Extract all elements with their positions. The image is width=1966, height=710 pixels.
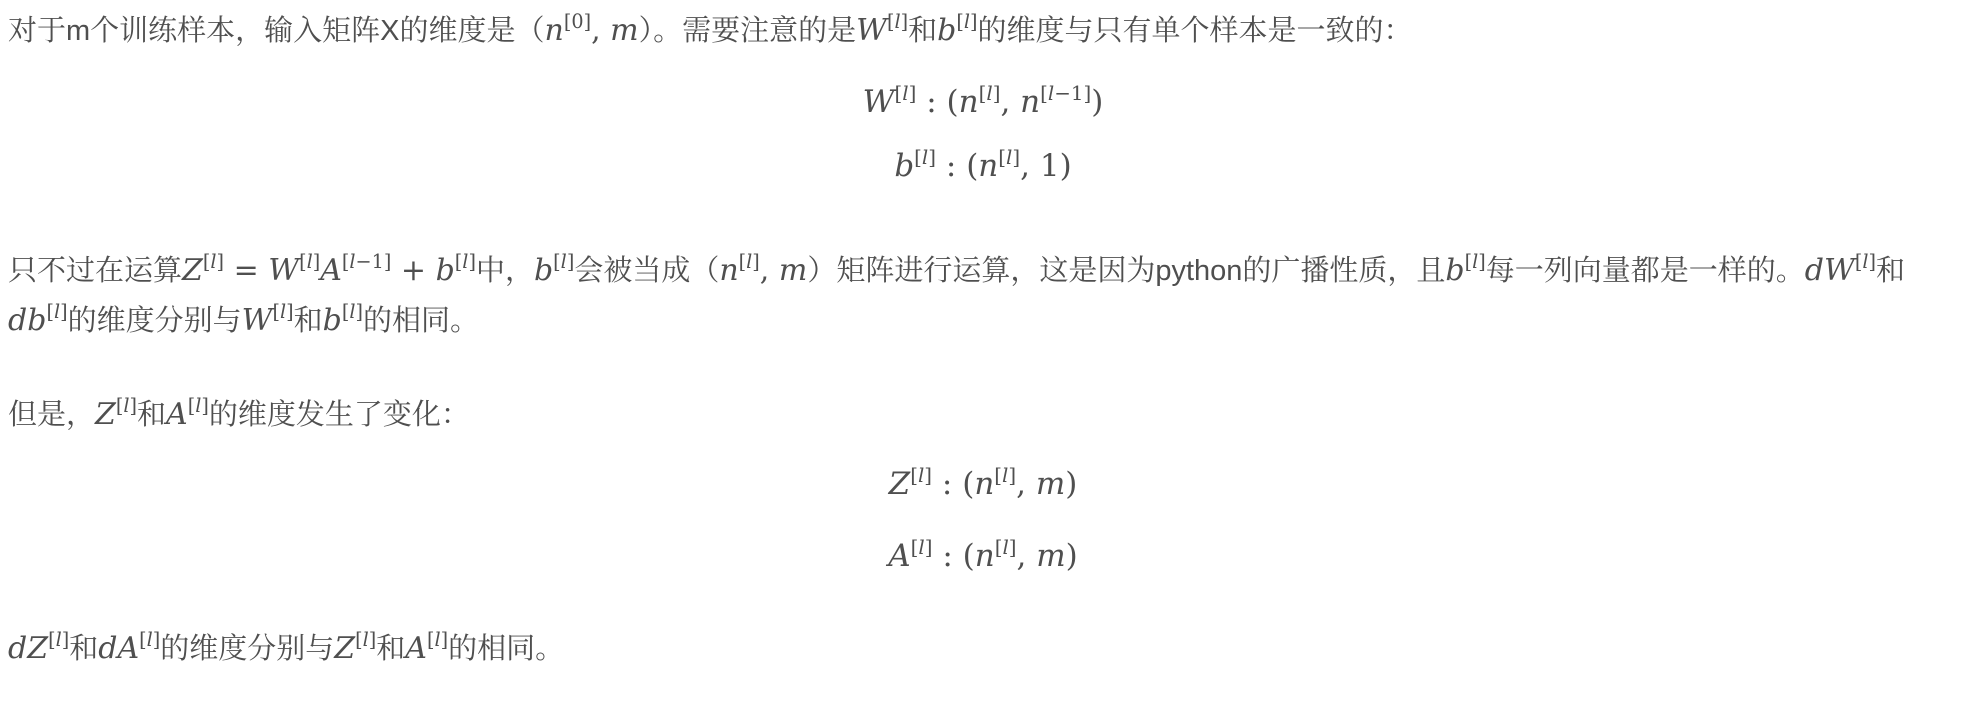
- math-run: A[l] : (n[l], m): [888, 538, 1078, 574]
- math-run: W[l]: [242, 303, 294, 338]
- text-run: ）。需要注意的是: [639, 15, 857, 47]
- text-run: 的维度分别与: [68, 305, 242, 337]
- display-formula-w: W[l] : (n[l], n[l−1]): [8, 74, 1958, 130]
- text-run: 和: [137, 399, 166, 431]
- text-run: ）矩阵进行运算，这是因为python的广播性质，且: [807, 255, 1445, 287]
- superscript: [l]: [956, 10, 977, 33]
- text-run: 每一列向量都是一样的。: [1486, 255, 1805, 287]
- text-run: 只不过在运算: [8, 255, 182, 287]
- math-run: n[l], m: [719, 253, 807, 288]
- superscript: [l]: [553, 250, 574, 273]
- paragraph-derivatives: dZ[l]和dA[l]的维度分别与Z[l]和A[l]的相同。: [8, 624, 1958, 674]
- text-run: 和: [908, 15, 937, 47]
- math-run: dA[l]: [98, 631, 160, 666]
- superscript: [l]: [455, 250, 476, 273]
- math-run: dW[l]: [1805, 253, 1876, 288]
- display-formula-z: Z[l] : (n[l], m): [8, 456, 1958, 512]
- superscript: [l]: [914, 146, 936, 169]
- text-run: 会被当成（: [574, 255, 719, 287]
- superscript: [l]: [116, 394, 137, 417]
- math-run: A[l]: [405, 631, 448, 666]
- superscript: [l]: [203, 250, 224, 273]
- text-run: 但是，: [8, 399, 95, 431]
- math-run: Z[l] : (n[l], m): [889, 466, 1078, 502]
- text-run: 和: [294, 305, 323, 337]
- superscript: [l]: [995, 536, 1017, 559]
- paragraph-broadcasting: 只不过在运算Z[l] = W[l]A[l−1] + b[l]中，b[l]会被当成…: [8, 246, 1958, 346]
- superscript: [l]: [739, 250, 760, 273]
- math-run: W[l]: [856, 13, 908, 48]
- paragraph-but-changed: 但是，Z[l]和A[l]的维度发生了变化：: [8, 390, 1958, 440]
- math-run: Z[l] = W[l]A[l−1] + b[l]: [182, 253, 476, 288]
- text-run: 的相同。: [448, 633, 564, 665]
- document-body: 对于m个训练样本，输入矩阵X的维度是（n[0], m）。需要注意的是W[l]和b…: [0, 0, 1966, 674]
- text-run: 和: [69, 633, 98, 665]
- superscript: [l]: [46, 300, 67, 323]
- paragraph-intro: 对于m个训练样本，输入矩阵X的维度是（n[0], m）。需要注意的是W[l]和b…: [8, 6, 1958, 56]
- text-run: 对于m个训练样本，输入矩阵X的维度是（: [8, 15, 545, 47]
- superscript: [l]: [895, 82, 917, 105]
- superscript: [l]: [910, 464, 932, 487]
- superscript: [l]: [48, 628, 69, 651]
- math-run: b[l] : (n[l], 1): [894, 148, 1071, 184]
- text-run: 的维度发生了变化：: [209, 399, 470, 431]
- superscript: [l]: [994, 464, 1016, 487]
- superscript: [l]: [979, 82, 1001, 105]
- math-run: dZ[l]: [8, 631, 69, 666]
- superscript: [l]: [911, 536, 933, 559]
- display-formula-a: A[l] : (n[l], m): [8, 528, 1958, 584]
- superscript: [l]: [998, 146, 1020, 169]
- superscript: [l]: [299, 250, 320, 273]
- text-run: 的维度分别与: [160, 633, 334, 665]
- superscript: [l]: [1855, 250, 1876, 273]
- math-run: b[l]: [1445, 253, 1485, 288]
- math-run: Z[l]: [95, 397, 137, 432]
- text-run: 的相同。: [363, 305, 479, 337]
- superscript: [l]: [1465, 250, 1486, 273]
- superscript: [l]: [355, 628, 376, 651]
- math-run: b[l]: [323, 303, 363, 338]
- superscript: [0]: [564, 10, 591, 33]
- superscript: [l]: [427, 628, 448, 651]
- text-run: 的维度与只有单个样本是一致的：: [977, 15, 1412, 47]
- superscript: [l]: [272, 300, 293, 323]
- text-run: 和: [376, 633, 405, 665]
- superscript: [l]: [139, 628, 160, 651]
- display-formula-b: b[l] : (n[l], 1): [8, 138, 1958, 194]
- superscript: [l]: [188, 394, 209, 417]
- superscript: [l−1]: [1040, 82, 1091, 105]
- math-run: b[l]: [534, 253, 574, 288]
- text-run: 中，: [476, 255, 534, 287]
- math-run: W[l] : (n[l], n[l−1]): [863, 84, 1104, 120]
- math-run: db[l]: [8, 303, 68, 338]
- math-run: A[l]: [166, 397, 209, 432]
- math-run: Z[l]: [334, 631, 376, 666]
- math-run: b[l]: [937, 13, 977, 48]
- superscript: [l]: [342, 300, 363, 323]
- math-run: n[0], m: [545, 13, 639, 48]
- superscript: [l]: [887, 10, 908, 33]
- text-run: 和: [1876, 255, 1905, 287]
- superscript: [l−1]: [342, 250, 391, 273]
